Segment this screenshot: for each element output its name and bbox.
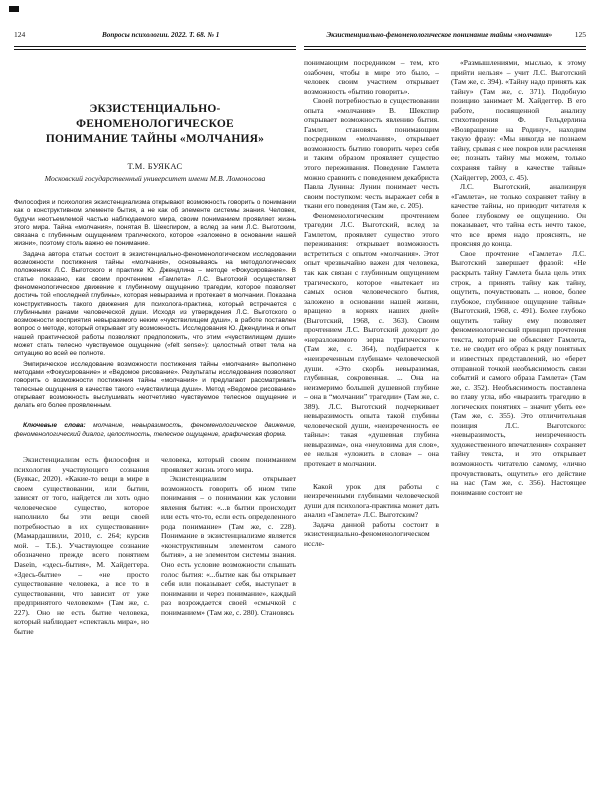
running-head-right: Экзистенциально-феноменологическое поним… (304, 30, 586, 43)
article-title: ЭКЗИСТЕНЦИАЛЬНО-ФЕНОМЕНОЛОГИЧЕСКОЕ ПОНИМ… (14, 102, 296, 147)
page-125: Экзистенциально-феноменологическое поним… (304, 30, 586, 792)
header-rule-right (304, 46, 586, 50)
abstract-paragraph: Эмпирическое исследование возможности по… (14, 361, 296, 411)
body-paragraph: Задача данной работы состоит в экзистенц… (304, 520, 439, 549)
abstract-paragraph: Задача автора статьи состоит в экзистенц… (14, 251, 296, 359)
right-page-column-1: понимающим посредником – тем, кто озабоч… (304, 58, 439, 758)
left-page-column-1: Экзистенциализм есть философия и психоло… (14, 455, 149, 636)
body-paragraph: Своей потребностью в существовании опыта… (304, 96, 439, 211)
running-head-article-title: Экзистенциально-феноменологическое поним… (304, 31, 575, 39)
left-page-column-2: человека, который своим пониманием прояв… (161, 455, 296, 636)
body-paragraph: Экзистенциализм открывает возможность го… (161, 474, 296, 617)
right-page-column-2: «Размышлениями, мыслью, к этому прийти н… (451, 58, 586, 758)
page-124: 124 Вопросы психологии. 2022. Т. 68. № 1… (14, 30, 296, 792)
body-columns-right-page: понимающим посредником – тем, кто озабоч… (304, 58, 586, 758)
body-paragraph: понимающим посредником – тем, кто озабоч… (304, 58, 439, 96)
article-affiliation: Московский государственный университет и… (14, 174, 296, 183)
header-rule-left (14, 46, 296, 50)
body-columns-left-page: Экзистенциализм есть философия и психоло… (14, 455, 296, 636)
page-number-left: 124 (14, 30, 25, 39)
page-number-right: 125 (575, 30, 586, 39)
body-paragraph: Феноменологическим прочтением трагедии Л… (304, 211, 439, 469)
scan-corner-mark (9, 6, 19, 12)
journal-scan: 124 Вопросы психологии. 2022. Т. 68. № 1… (0, 0, 600, 800)
abstract-paragraph: Философия и психология экзистенциализма … (14, 199, 296, 249)
journal-title: Вопросы психологии. 2022. Т. 68. № 1 (25, 31, 296, 39)
body-paragraph: Свое прочтение «Гамлета» Л.С. Выготский … (451, 249, 586, 497)
article-title-line1: ЭКЗИСТЕНЦИАЛЬНО-ФЕНОМЕНОЛОГИЧЕСКОЕ (14, 102, 296, 132)
body-paragraph: Какой урок для работы с неизреченными гл… (304, 482, 439, 520)
article-title-line2: ПОНИМАНИЕ ТАЙНЫ «МОЛЧАНИЯ» (14, 132, 296, 147)
running-head-left: 124 Вопросы психологии. 2022. Т. 68. № 1 (14, 30, 296, 43)
body-paragraph: Л.С. Выготский, анализируя «Гамлета», не… (451, 182, 586, 249)
abstract: Философия и психология экзистенциализма … (14, 199, 296, 410)
body-paragraph: «Размышлениями, мыслью, к этому прийти н… (451, 58, 586, 182)
body-paragraph: человека, который своим пониманием прояв… (161, 455, 296, 474)
article-author: Т.М. БУЯКАС (14, 161, 296, 171)
keywords-label: Ключевые слова: (23, 422, 86, 429)
keywords-line: Ключевые слова: молчание, невыразимость,… (14, 422, 296, 439)
body-paragraph: Экзистенциализм есть философия и психоло… (14, 455, 149, 636)
